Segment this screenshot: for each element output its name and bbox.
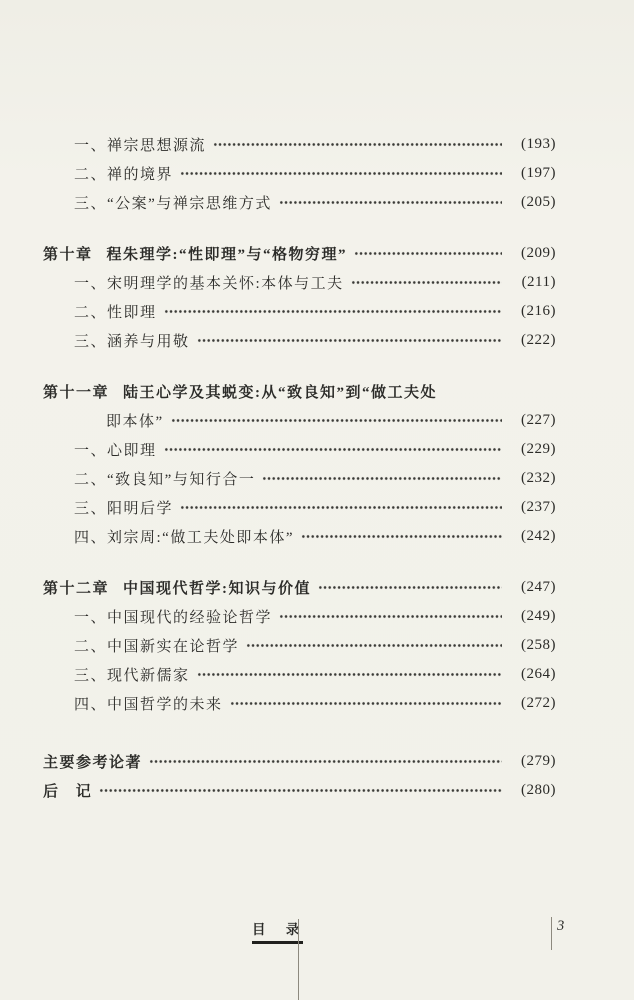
- toc-entry-page-number: (227): [508, 412, 556, 429]
- toc-entry: 三、现代新儒家 (264): [43, 660, 556, 689]
- dotted-leader: [354, 239, 502, 268]
- dotted-leader: [164, 435, 502, 464]
- toc-entry: 第十一章 陆王心学及其蜕变:从“致良知”到“做工夫处: [43, 377, 556, 406]
- dotted-leader: [164, 297, 502, 326]
- book-page: 一、禅宗思想源流 (193) 二、禅的境界 (197) 三、“公案”与禅宗思维方…: [0, 0, 634, 1000]
- toc-entry-title: 陆王心学及其蜕变:从“致良知”到“做工夫处: [123, 381, 437, 402]
- toc-entry-chapter-number: 第十一章: [43, 381, 109, 402]
- toc-entry-page-number: (280): [508, 782, 556, 799]
- dotted-leader: [197, 326, 502, 355]
- toc-entry-page-number: (197): [508, 165, 556, 182]
- toc-entry: 一、禅宗思想源流 (193): [43, 130, 556, 159]
- toc-entry-title: 二、中国新实在论哲学: [74, 635, 239, 656]
- dotted-leader: [213, 130, 502, 159]
- toc-entry-chapter-number: 第十二章: [43, 577, 109, 598]
- toc-entry-page-number: (258): [508, 637, 556, 654]
- toc-entry: 第十章 程朱理学:“性即理”与“格物穷理” (209): [43, 239, 556, 268]
- toc-entry-page-number: (216): [508, 303, 556, 320]
- toc-entry: 三、涵养与用敬 (222): [43, 326, 556, 355]
- toc-entry-title: 三、阳明后学: [74, 497, 173, 518]
- toc-entry: 一、心即理 (229): [43, 435, 556, 464]
- toc-entry: 四、刘宗周:“做工夫处即本体” (242): [43, 522, 556, 551]
- dotted-leader: [149, 747, 502, 776]
- toc-entry: 二、中国新实在论哲学 (258): [43, 631, 556, 660]
- toc-list: 一、禅宗思想源流 (193) 二、禅的境界 (197) 三、“公案”与禅宗思维方…: [43, 130, 556, 805]
- toc-entry-title: 程朱理学:“性即理”与“格物穷理”: [107, 243, 348, 264]
- toc-entry-title: 三、现代新儒家: [74, 664, 190, 685]
- toc-entry: 三、“公案”与禅宗思维方式 (205): [43, 188, 556, 217]
- toc-entry-page-number: (232): [508, 470, 556, 487]
- dotted-leader: [180, 493, 502, 522]
- dotted-leader: [279, 188, 502, 217]
- toc-entry-title: 主要参考论著: [43, 751, 142, 772]
- dotted-leader: [301, 522, 502, 551]
- dotted-leader: [197, 660, 502, 689]
- toc-entry-page-number: (249): [508, 608, 556, 625]
- toc-entry-title: 四、刘宗周:“做工夫处即本体”: [74, 526, 294, 547]
- toc-entry: 二、“致良知”与知行合一 (232): [43, 464, 556, 493]
- dotted-leader: [99, 776, 502, 805]
- toc-entry-page-number: (209): [508, 245, 556, 262]
- toc-entry-title: 二、“致良知”与知行合一: [74, 468, 255, 489]
- dotted-leader: [351, 268, 502, 297]
- toc-entry: 二、性即理 (216): [43, 297, 556, 326]
- toc-entry-page-number: (279): [508, 753, 556, 770]
- toc-entry: 后 记 (280): [43, 776, 556, 805]
- toc-entry-title: 三、“公案”与禅宗思维方式: [74, 192, 272, 213]
- toc-entry-page-number: (229): [508, 441, 556, 458]
- toc-entry-chapter-number: 第十章: [43, 243, 93, 264]
- toc-entry-title: 三、涵养与用敬: [74, 330, 190, 351]
- toc-entry: 主要参考论著 (279): [43, 747, 556, 776]
- dotted-leader: [262, 464, 502, 493]
- toc-entry-title: 一、中国现代的经验论哲学: [74, 606, 272, 627]
- dotted-leader: [180, 159, 502, 188]
- toc-entry-page-number: (237): [508, 499, 556, 516]
- toc-entry-title: 一、宋明理学的基本关怀:本体与工夫: [74, 272, 344, 293]
- toc-entry: 一、宋明理学的基本关怀:本体与工夫 (211): [43, 268, 556, 297]
- toc-entry-title: 四、中国哲学的未来: [74, 693, 223, 714]
- toc-entry-title: 二、性即理: [74, 301, 157, 322]
- toc-entry: 即本体” (227): [43, 406, 556, 435]
- toc-entry-title: 二、禅的境界: [74, 163, 173, 184]
- toc-entry-title: 一、禅宗思想源流: [74, 134, 206, 155]
- dotted-leader: [246, 631, 502, 660]
- dotted-leader: [171, 406, 502, 435]
- toc-entry-title: 中国现代哲学:知识与价值: [123, 577, 311, 598]
- toc-entry: 二、禅的境界 (197): [43, 159, 556, 188]
- toc-entry-page-number: (272): [508, 695, 556, 712]
- footer-divider-left: [298, 919, 299, 1000]
- toc-entry-page-number: (205): [508, 194, 556, 211]
- toc-entry-title: 一、心即理: [74, 439, 157, 460]
- footer-divider-right: [551, 917, 552, 950]
- toc-entry-page-number: (222): [508, 332, 556, 349]
- toc-entry-title: 即本体”: [106, 410, 164, 431]
- dotted-leader: [279, 602, 502, 631]
- toc-entry-title: 后 记: [43, 780, 92, 801]
- toc-entry-page-number: (247): [508, 579, 556, 596]
- toc-entry-page-number: (211): [508, 274, 556, 291]
- toc-entry: 一、中国现代的经验论哲学 (249): [43, 602, 556, 631]
- toc-entry-page-number: (264): [508, 666, 556, 683]
- toc-entry-page-number: (193): [508, 136, 556, 153]
- footer-section-title: 目 录: [252, 918, 303, 944]
- toc-entry-page-number: (242): [508, 528, 556, 545]
- dotted-leader: [230, 689, 502, 718]
- toc-entry: 第十二章 中国现代哲学:知识与价值 (247): [43, 573, 556, 602]
- footer-page-number: 3: [557, 918, 564, 935]
- toc-entry: 三、阳明后学 (237): [43, 493, 556, 522]
- toc-entry: 四、中国哲学的未来 (272): [43, 689, 556, 718]
- dotted-leader: [318, 573, 502, 602]
